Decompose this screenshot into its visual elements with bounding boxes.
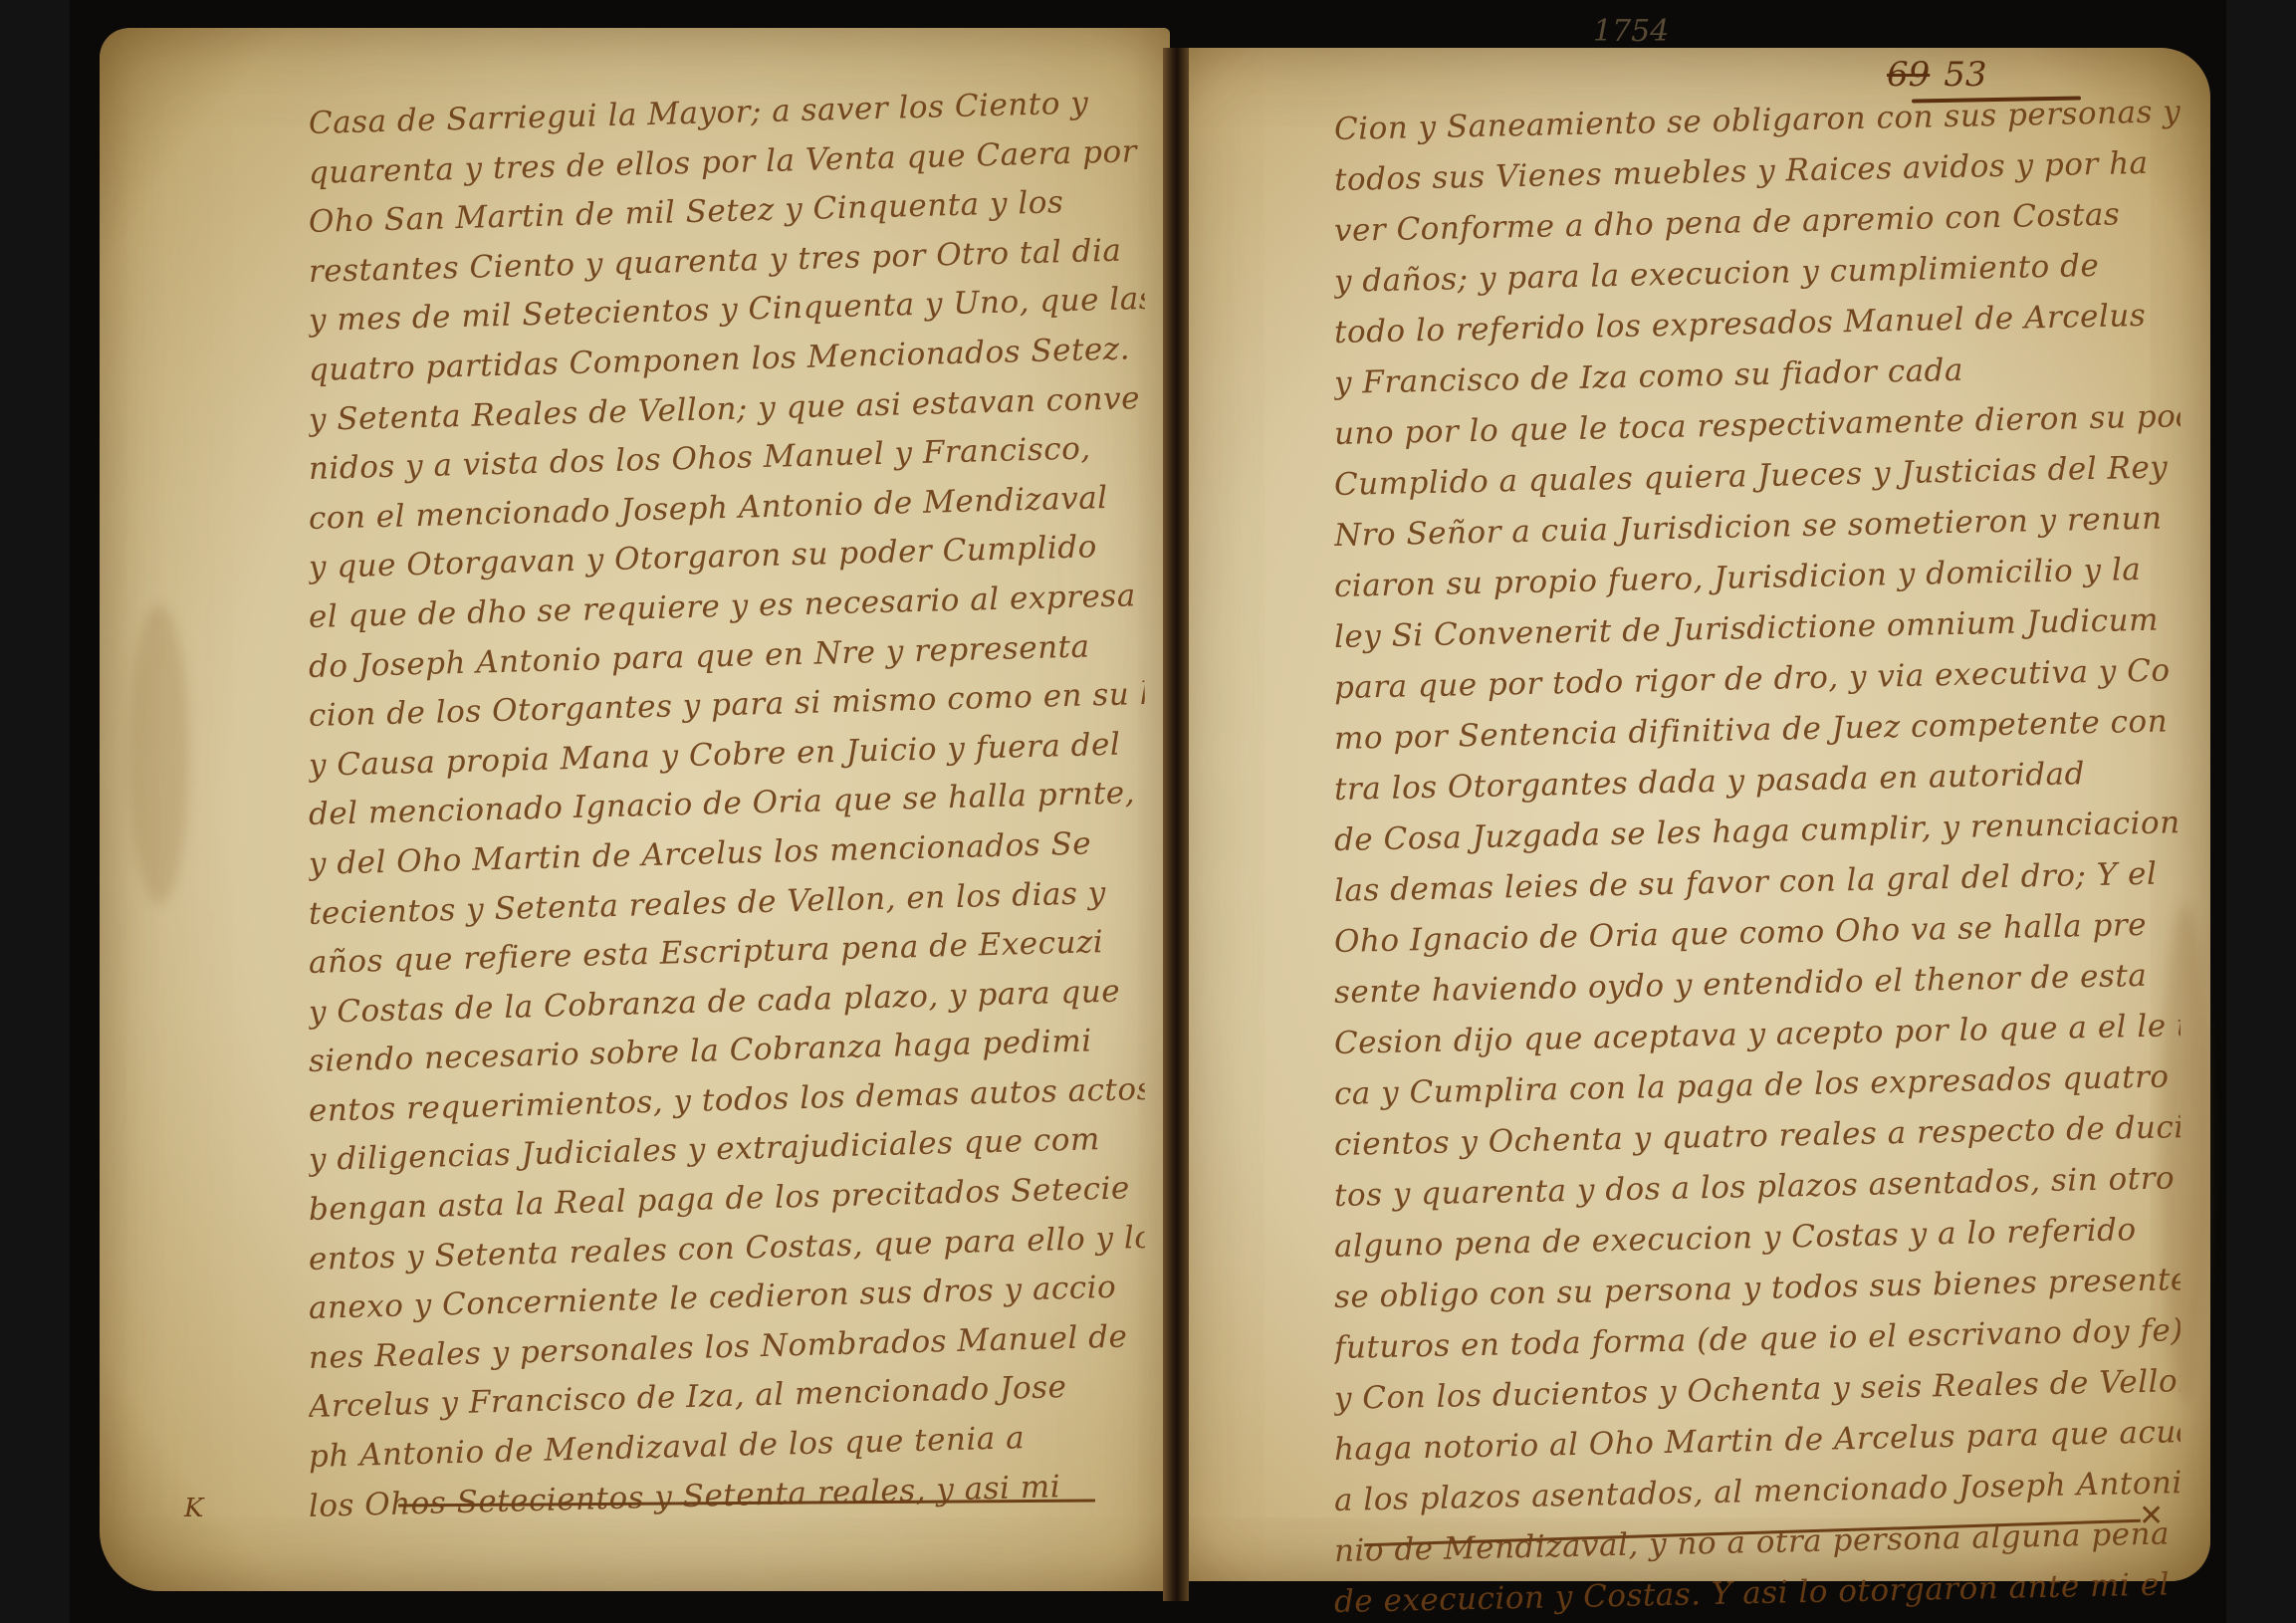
left-black-border	[0, 0, 70, 1623]
right-page-text: Cion y Saneamiento se obligaron con sus …	[1334, 105, 2181, 1623]
left-page-text: Casa de Sarriegui la Mayor; a saver los …	[309, 100, 1145, 1531]
right-flourish-mark: ✕	[2139, 1499, 2164, 1533]
folio-current-number: 53	[1944, 55, 1986, 95]
left-margin-mark: K	[184, 1494, 203, 1523]
faded-header-date: 1754	[1593, 14, 1669, 49]
right-black-border	[2226, 0, 2296, 1623]
folio-struck-number: 69	[1887, 55, 1930, 95]
book-gutter	[1163, 48, 1189, 1601]
folio-number: 6953	[1887, 55, 1987, 95]
water-stain	[129, 605, 189, 904]
